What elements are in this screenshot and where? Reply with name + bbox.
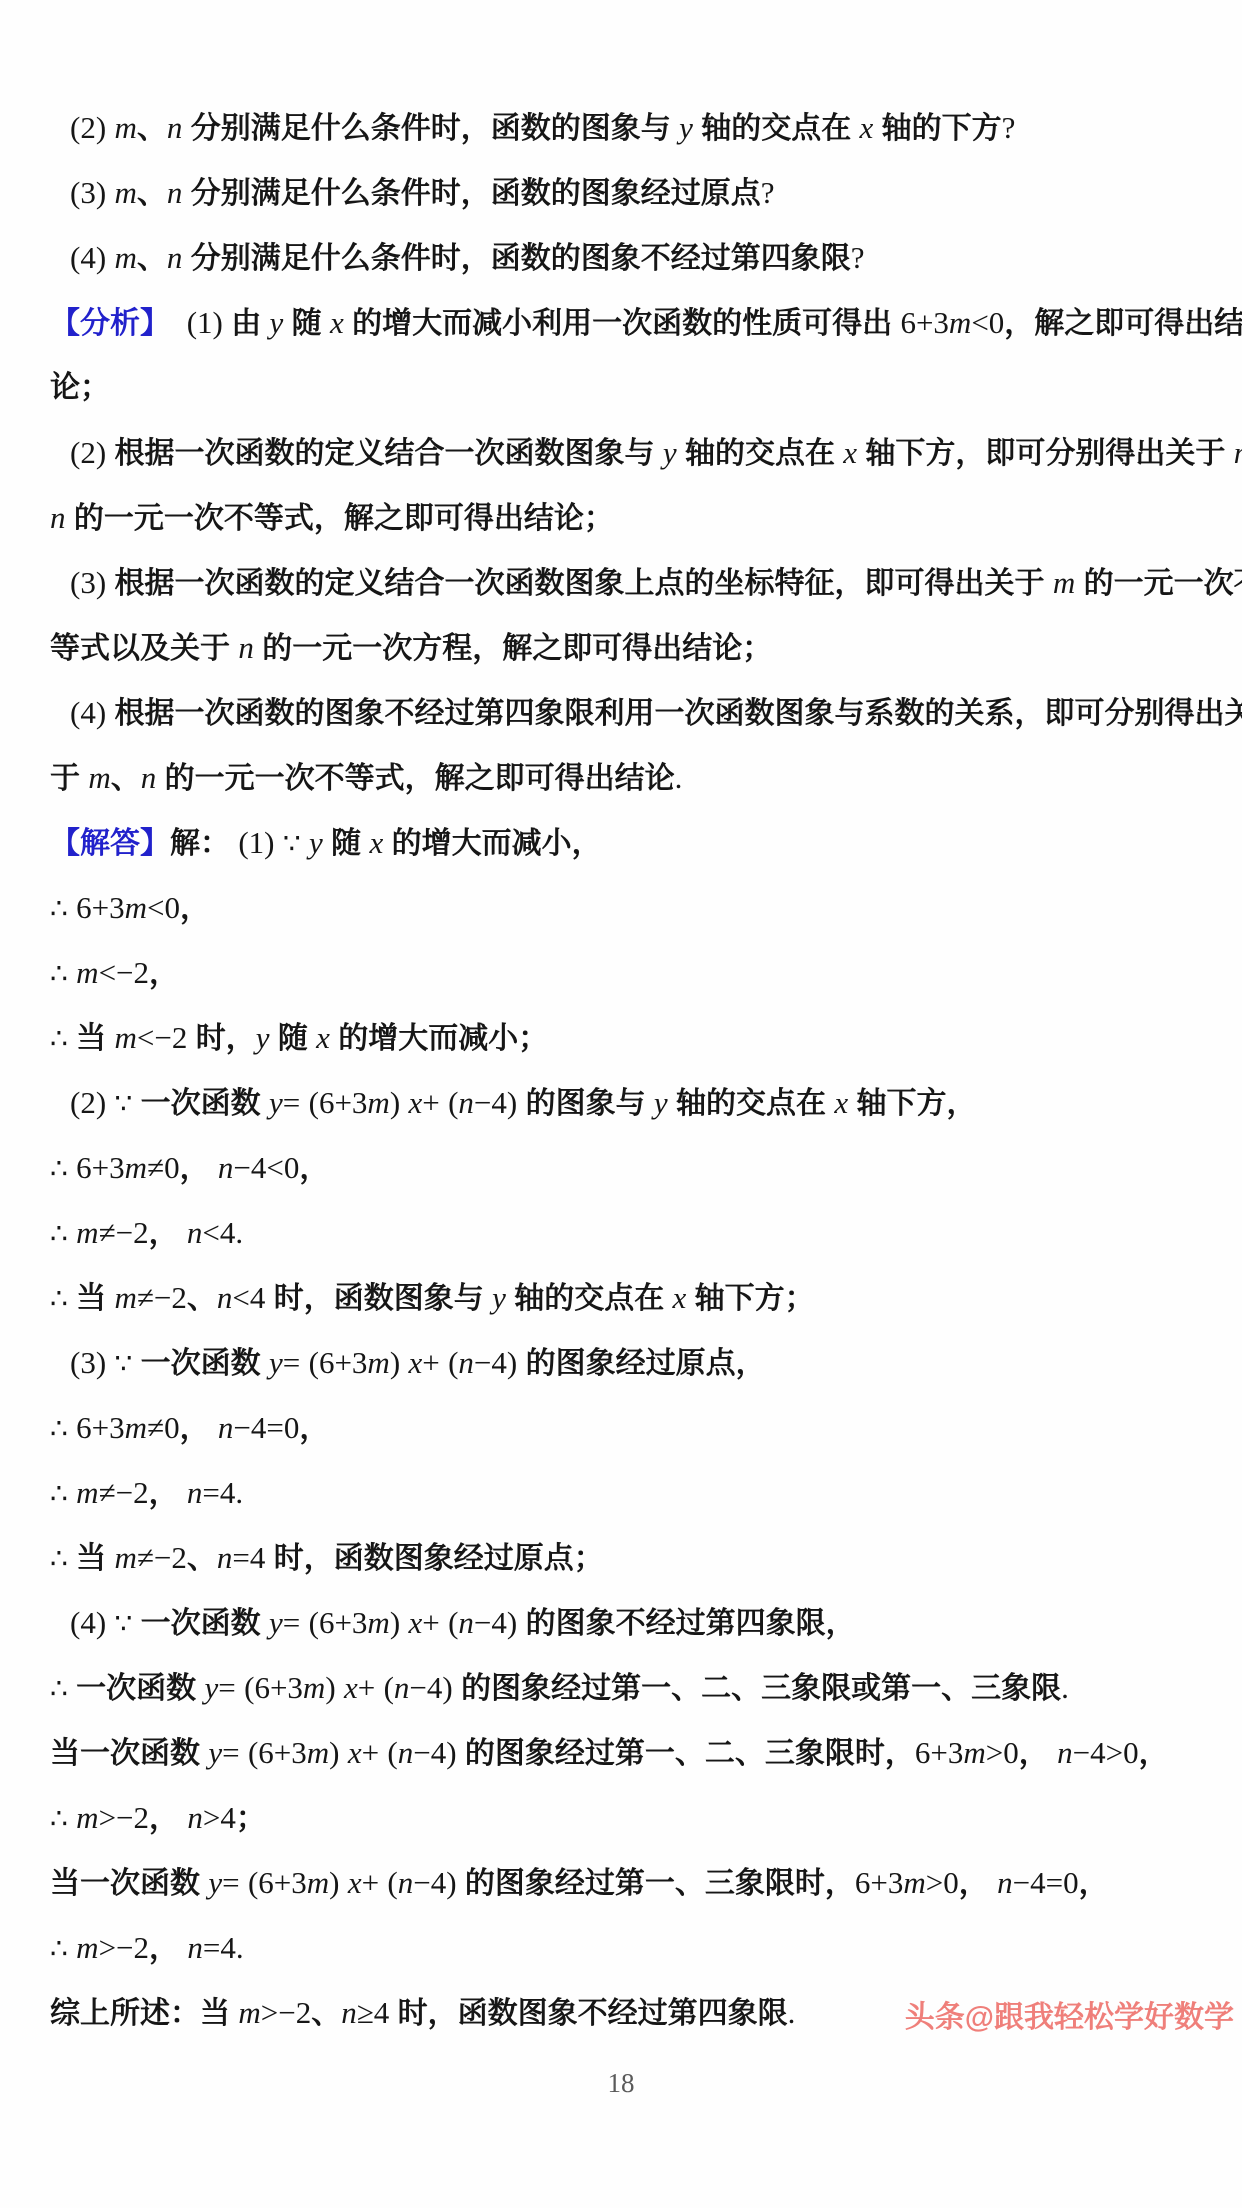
text-line: ∴ m≠−2， n=4. (50, 1460, 1200, 1525)
document-page: (2) m、n 分别满足什么条件时，函数的图象与 y 轴的交点在 x 轴的下方?… (0, 0, 1242, 2208)
text-line: (3) m、n 分别满足什么条件时，函数的图象经过原点? (50, 160, 1200, 225)
text-line: 论； (50, 355, 1200, 420)
text-line: ∴ m≠−2， n<4. (50, 1200, 1200, 1265)
text-line: 【分析】 (1) 由 y 随 x 的增大而减小利用一次函数的性质可得出 6+3m… (50, 290, 1200, 355)
text-line: (3) 根据一次函数的定义结合一次函数图象上点的坐标特征，即可得出关于 m 的一… (50, 550, 1200, 615)
text-line: ∴ 6+3m≠0， n−4=0， (50, 1395, 1200, 1460)
text-line: 于 m、n 的一元一次不等式，解之即可得出结论. (50, 745, 1200, 810)
text-line: (2) m、n 分别满足什么条件时，函数的图象与 y 轴的交点在 x 轴的下方? (50, 95, 1200, 160)
section-label: 【分析】 (50, 307, 170, 340)
text-line: 当一次函数 y= (6+3m) x+ (n−4) 的图象经过第一、三象限时，6+… (50, 1850, 1200, 1915)
text-line: (4) 根据一次函数的图象不经过第四象限利用一次函数图象与系数的关系，即可分别得… (50, 680, 1200, 745)
text-line: 当一次函数 y= (6+3m) x+ (n−4) 的图象经过第一、二、三象限时，… (50, 1720, 1200, 1785)
text-line: ∴ m<−2， (50, 940, 1200, 1005)
text-line: 等式以及关于 n 的一元一次方程，解之即可得出结论； (50, 615, 1200, 680)
text-line: (2) 根据一次函数的定义结合一次函数图象与 y 轴的交点在 x 轴下方，即可分… (50, 420, 1200, 485)
text-line: (4) ∵ 一次函数 y= (6+3m) x+ (n−4) 的图象不经过第四象限… (50, 1590, 1200, 1655)
text-line: ∴ 当 m<−2 时，y 随 x 的增大而减小； (50, 1005, 1200, 1070)
text-line: ∴ 当 m≠−2、n=4 时，函数图象经过原点； (50, 1525, 1200, 1590)
text-line: ∴ m>−2， n=4. (50, 1915, 1200, 1980)
section-label: 【解答】 (50, 827, 170, 860)
watermark-text: 头条@跟我轻松学好数学 (905, 1985, 1234, 2050)
text-line: n 的一元一次不等式，解之即可得出结论； (50, 485, 1200, 550)
text-line: ∴ 6+3m≠0， n−4<0， (50, 1135, 1200, 1200)
text-line: 【解答】解： (1) ∵ y 随 x 的增大而减小， (50, 810, 1200, 875)
text-line: ∴ 6+3m<0， (50, 875, 1200, 940)
document-body: (2) m、n 分别满足什么条件时，函数的图象与 y 轴的交点在 x 轴的下方?… (50, 95, 1200, 2045)
text-line: (4) m、n 分别满足什么条件时，函数的图象不经过第四象限? (50, 225, 1200, 290)
text-line: ∴ 当 m≠−2、n<4 时，函数图象与 y 轴的交点在 x 轴下方； (50, 1265, 1200, 1330)
text-line: ∴ m>−2， n>4； (50, 1785, 1200, 1850)
text-line: (3) ∵ 一次函数 y= (6+3m) x+ (n−4) 的图象经过原点， (50, 1330, 1200, 1395)
text-line: ∴ 一次函数 y= (6+3m) x+ (n−4) 的图象经过第一、二、三象限或… (50, 1655, 1200, 1720)
text-line: (2) ∵ 一次函数 y= (6+3m) x+ (n−4) 的图象与 y 轴的交… (50, 1070, 1200, 1135)
page-number: 18 (0, 2068, 1242, 2099)
